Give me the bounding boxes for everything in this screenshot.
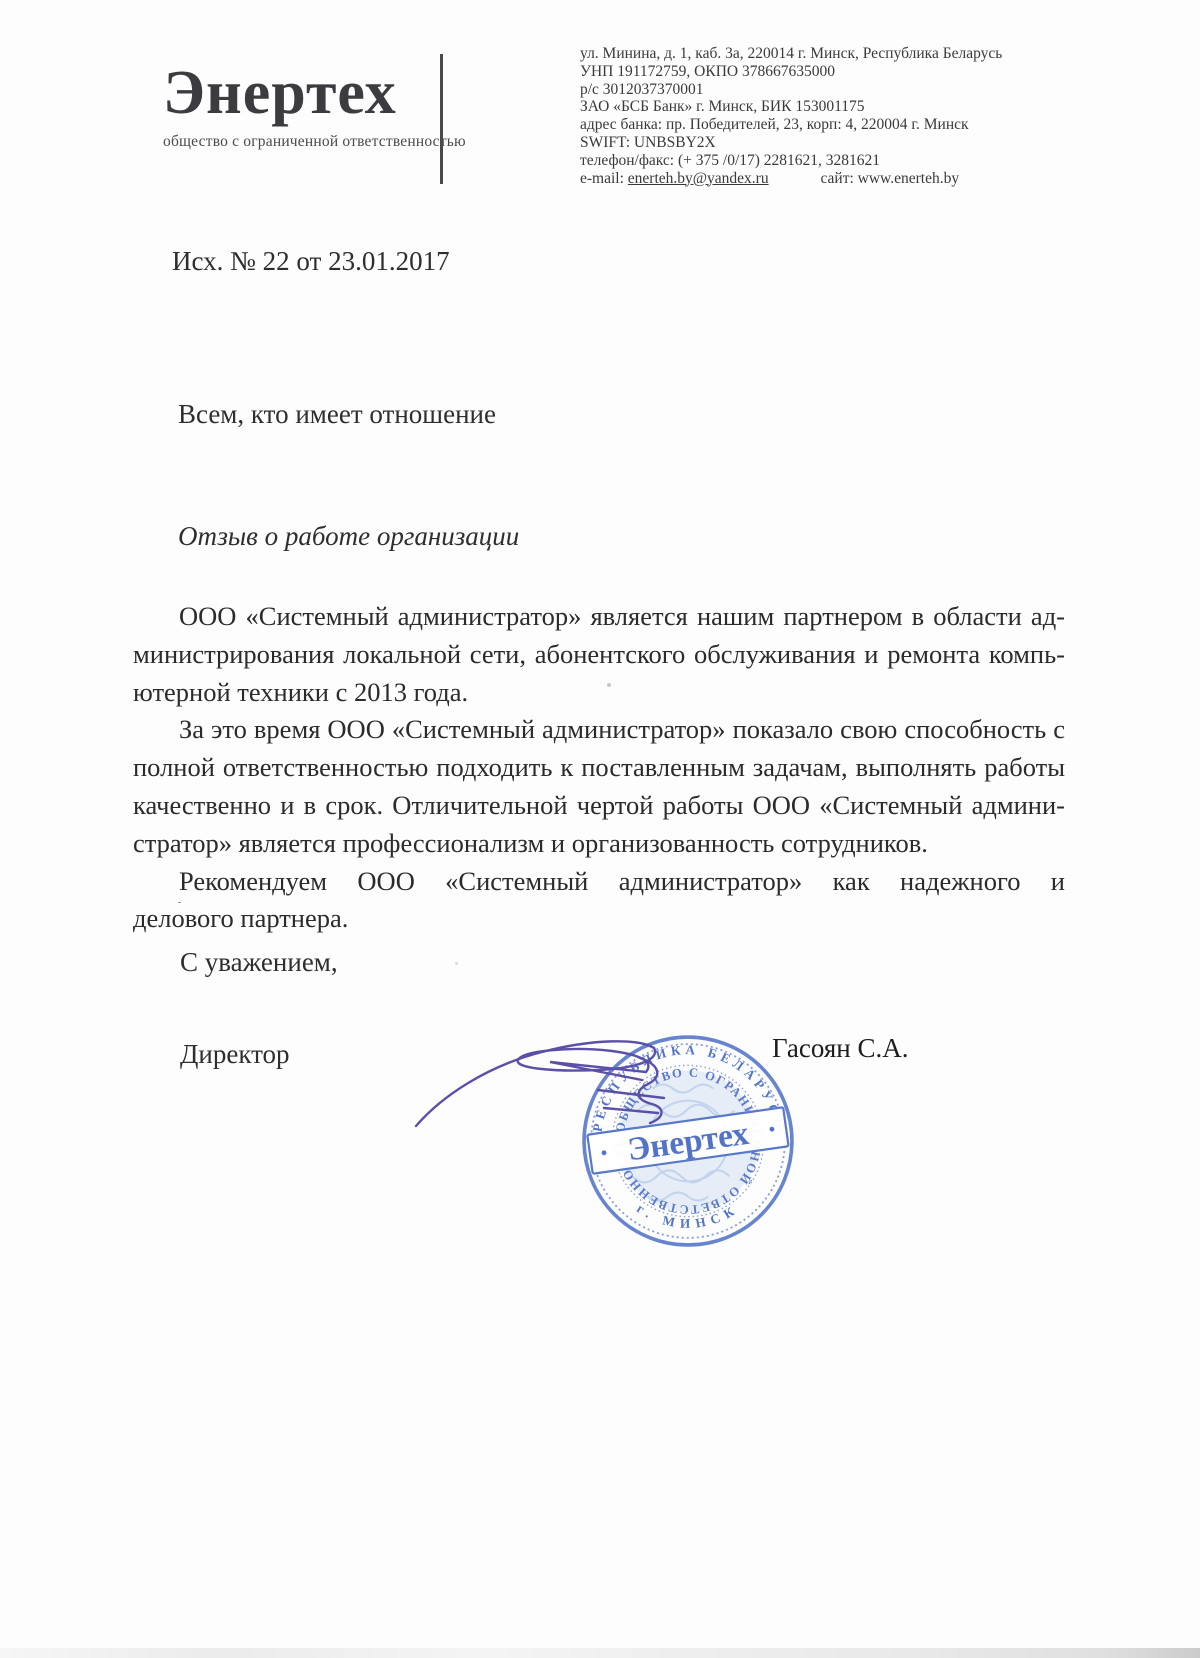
letter-body: ООО «Системный администратор» является н… — [133, 601, 1065, 941]
body-line: качественно и в срок. Отличительной черт… — [133, 790, 1065, 828]
body-line: делового партнера. — [133, 903, 1065, 941]
contact-address: ул. Минина, д. 1, каб. 3а, 220014 г. Мин… — [580, 45, 1020, 63]
addressee-line: Всем, кто имеет отношение — [178, 399, 496, 430]
site-label: сайт: — [820, 170, 853, 187]
site-url: www.enerteh.by — [858, 170, 959, 187]
handwritten-signature — [402, 1018, 677, 1133]
scanned-letter-page: Энертех общество с ограниченной ответств… — [0, 0, 1200, 1658]
scan-edge-artifact — [0, 1648, 1200, 1658]
email-label: e-mail: — [580, 170, 624, 187]
subject-line: Отзыв о работе организации — [178, 521, 519, 552]
company-logo: Энертех — [163, 62, 423, 124]
outgoing-reference: Исх. № 22 от 23.01.2017 — [172, 246, 450, 277]
contact-phone: телефон/факс: (+ 375 /0/17) 2281621, 328… — [580, 152, 1020, 170]
body-line: полной ответственностью подходить к пост… — [133, 752, 1065, 790]
body-line: ООО «Системный администратор» является н… — [133, 601, 1065, 639]
company-logo-block: Энертех общество с ограниченной ответств… — [163, 62, 423, 151]
company-logo-subtitle: общество с ограниченной ответственностью — [163, 133, 423, 151]
contact-unp-okpo: УНП 191172759, ОКПО 378667635000 — [580, 63, 1020, 81]
contact-bank-address: адрес банка: пр. Победителей, 23, корп: … — [580, 116, 1020, 134]
contact-bank: ЗАО «БСБ Банк» г. Минск, БИК 153001175 — [580, 98, 1020, 116]
body-line: За это время ООО «Системный администрато… — [133, 714, 1065, 752]
body-line: ютерной техники с 2013 года. — [133, 677, 1065, 715]
scan-speck — [455, 962, 458, 965]
contact-account: р/с 3012037370001 — [580, 81, 1020, 99]
company-contact-block: ул. Минина, д. 1, каб. 3а, 220014 г. Мин… — [580, 45, 1020, 187]
signer-name: Гасоян С.А. — [772, 1033, 909, 1064]
email-address: enerteh.by@yandex.ru — [628, 170, 769, 187]
signer-title: Директор — [180, 1039, 290, 1070]
body-line: стратор» является профессионализм и орга… — [133, 828, 1065, 866]
scan-speck — [607, 683, 611, 687]
letterhead-divider — [440, 54, 443, 184]
contact-swift: SWIFT: UNBSBY2X — [580, 134, 1020, 152]
contact-email-site-line: e-mail: enerteh.by@yandex.ru сайт: www.e… — [580, 170, 1020, 188]
body-line: Рекомендуем ООО «Системный администратор… — [133, 866, 1065, 904]
closing-line: С уважением, — [180, 947, 338, 978]
body-line: министрирования локальной сети, абонентс… — [133, 639, 1065, 677]
